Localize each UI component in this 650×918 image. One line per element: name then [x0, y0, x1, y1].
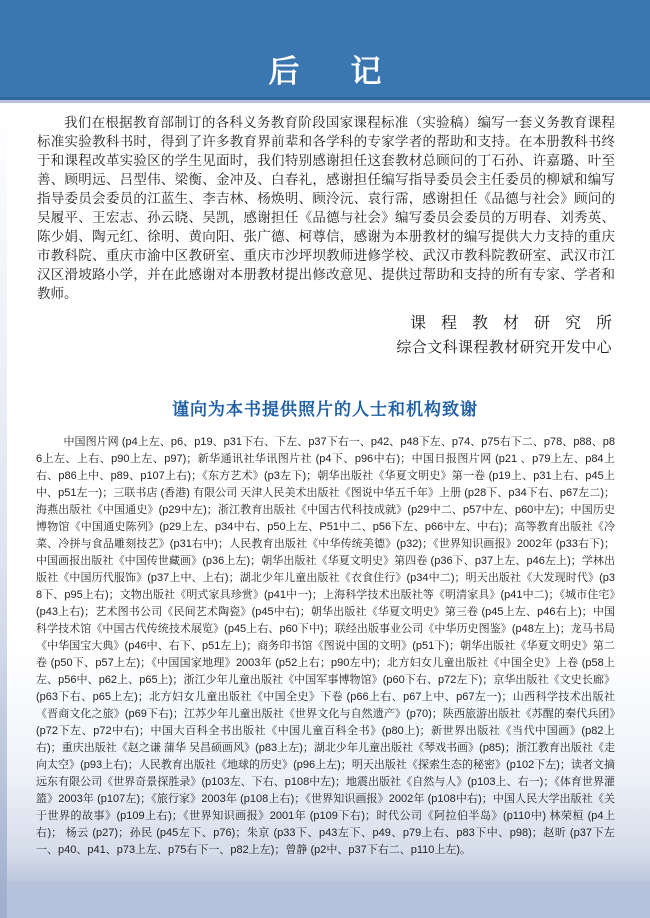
signature-center-line: 综合文科课程教材研究开发中心	[396, 335, 612, 360]
acknowledgement-paragraph: 我们在根据教育部制订的各科义务教育阶段国家课程标准（实验稿）编写一套义务教育课程…	[37, 113, 615, 303]
content-sheet: 我们在根据教育部制订的各科义务教育阶段国家课程标准（实验稿）编写一套义务教育课程…	[0, 103, 650, 882]
signature-institute-line: 课程教材研究所	[396, 310, 627, 335]
page-edge-shading	[0, 103, 7, 918]
signature-block: 课程教材研究所 综合文科课程教材研究开发中心	[396, 310, 612, 360]
photo-credits-paragraph: 中国图片网 (p4上左、p6、p19、p31下右、下左、p37下右一、p42、p…	[36, 434, 615, 859]
book-postscript-page: 后 记 我们在根据教育部制订的各科义务教育阶段国家课程标准（实验稿）编写一套义务…	[0, 0, 650, 918]
photo-credits-heading: 谨向为本书提供照片的人士和机构致谢	[0, 395, 650, 420]
postscript-banner: 后 记	[0, 0, 650, 100]
page-title: 后 记	[0, 46, 650, 91]
